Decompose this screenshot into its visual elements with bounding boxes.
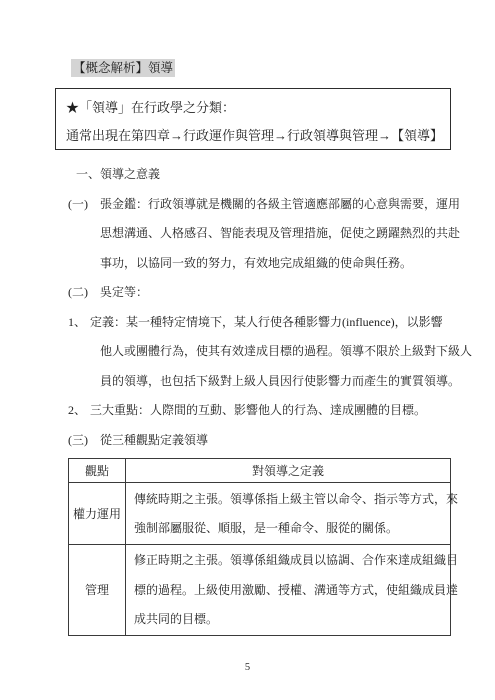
leadership-definition-table: 觀點 對領導之定義 權力運用 傳統時期之主張。領導係指上級主管以命令、指示等方式… — [68, 458, 451, 636]
line-text: 從三種觀點定義領導 — [100, 433, 208, 447]
line-text: 三大重點：人際間的互動、影響他人的行為、達成團體的目標。 — [90, 403, 426, 417]
list-item-line: 1、定義：某一種特定情境下，某人行使各種影響力(influence)，以影響 — [68, 308, 458, 338]
viewpoint-cell: 管理 — [69, 545, 126, 636]
definition-line: 修正時期之主張。領導係組織成員以協調、合作來達成組織目 — [134, 546, 450, 576]
table-row: 權力運用 傳統時期之主張。領導係指上級主管以命令、指示等方式，來 強制部屬服從、… — [69, 483, 451, 545]
table-header-viewpoint: 觀點 — [69, 459, 126, 483]
list-item-line: (二)吳定等： — [68, 278, 458, 308]
list-item-line: 他人或團體行為，使其有效達成目標的過程。領導不限於上級對下級人 — [100, 337, 458, 367]
page-number: 5 — [0, 662, 495, 673]
concept-analysis-title: 【概念解析】領導 — [71, 59, 175, 77]
viewpoint-cell: 權力運用 — [69, 483, 126, 545]
definition-line: 標的過程。上級使用激勵、授權、溝通等方式，使組織成員達 — [134, 576, 450, 606]
table-header-row: 觀點 對領導之定義 — [69, 459, 451, 483]
definition-line: 成共同的目標。 — [134, 605, 450, 635]
section-heading: 一、領導之意義 — [68, 160, 458, 190]
list-marker: (三) — [68, 426, 100, 456]
list-item-line: 思想溝通、人格感召、智能表現及管理措施，促使之踴躍熱烈的共赴 — [100, 219, 458, 249]
list-item-line: 員的領導，也包括下級對上級人員因行使影響力而產生的實質領導。 — [100, 367, 458, 397]
definition-cell: 傳統時期之主張。領導係指上級主管以命令、指示等方式，來 強制部屬服從、順服，是一… — [126, 483, 451, 545]
line-text: 定義：某一種特定情境下，某人行使各種影響力(influence)，以影響 — [90, 315, 443, 329]
classification-note-box: ★「領導」在行政學之分類： 通常出現在第四章→行政運作與管理→行政領導與管理→【… — [55, 88, 451, 150]
list-marker: (二) — [68, 278, 100, 308]
body-text: 一、領導之意義 (一)張金鑑：行政領導就是機關的各級主管適應部屬的心意與需要，運… — [68, 160, 458, 455]
list-item-line: (三)從三種觀點定義領導 — [68, 426, 458, 456]
list-item-line: 2、三大重點：人際間的互動、影響他人的行為、達成團體的目標。 — [68, 396, 458, 426]
list-marker: 1、 — [68, 308, 90, 338]
document-page: 【概念解析】領導 ★「領導」在行政學之分類： 通常出現在第四章→行政運作與管理→… — [0, 0, 495, 700]
definition-line: 強制部屬服從、順服，是一種命令、服從的關係。 — [134, 514, 450, 544]
table-header-definition: 對領導之定義 — [126, 459, 451, 483]
line-text: 吳定等： — [100, 285, 148, 299]
list-marker: (一) — [68, 190, 100, 220]
definition-cell: 修正時期之主張。領導係組織成員以協調、合作來達成組織目 標的過程。上級使用激勵、… — [126, 545, 451, 636]
definition-line: 傳統時期之主張。領導係指上級主管以命令、指示等方式，來 — [134, 485, 450, 515]
line-text: 張金鑑：行政領導就是機關的各級主管適應部屬的心意與需要，運用 — [100, 197, 460, 211]
list-item-line: 事功，以協同一致的努力，有效地完成組織的使命與任務。 — [100, 249, 458, 279]
note-line-path: 通常出現在第四章→行政運作與管理→行政領導與管理→【領導】 — [66, 122, 450, 150]
list-marker: 2、 — [68, 396, 90, 426]
table-row: 管理 修正時期之主張。領導係組織成員以協調、合作來達成組織目 標的過程。上級使用… — [69, 545, 451, 636]
note-line-category: ★「領導」在行政學之分類： — [66, 94, 450, 122]
list-item-line: (一)張金鑑：行政領導就是機關的各級主管適應部屬的心意與需要，運用 — [68, 190, 458, 220]
